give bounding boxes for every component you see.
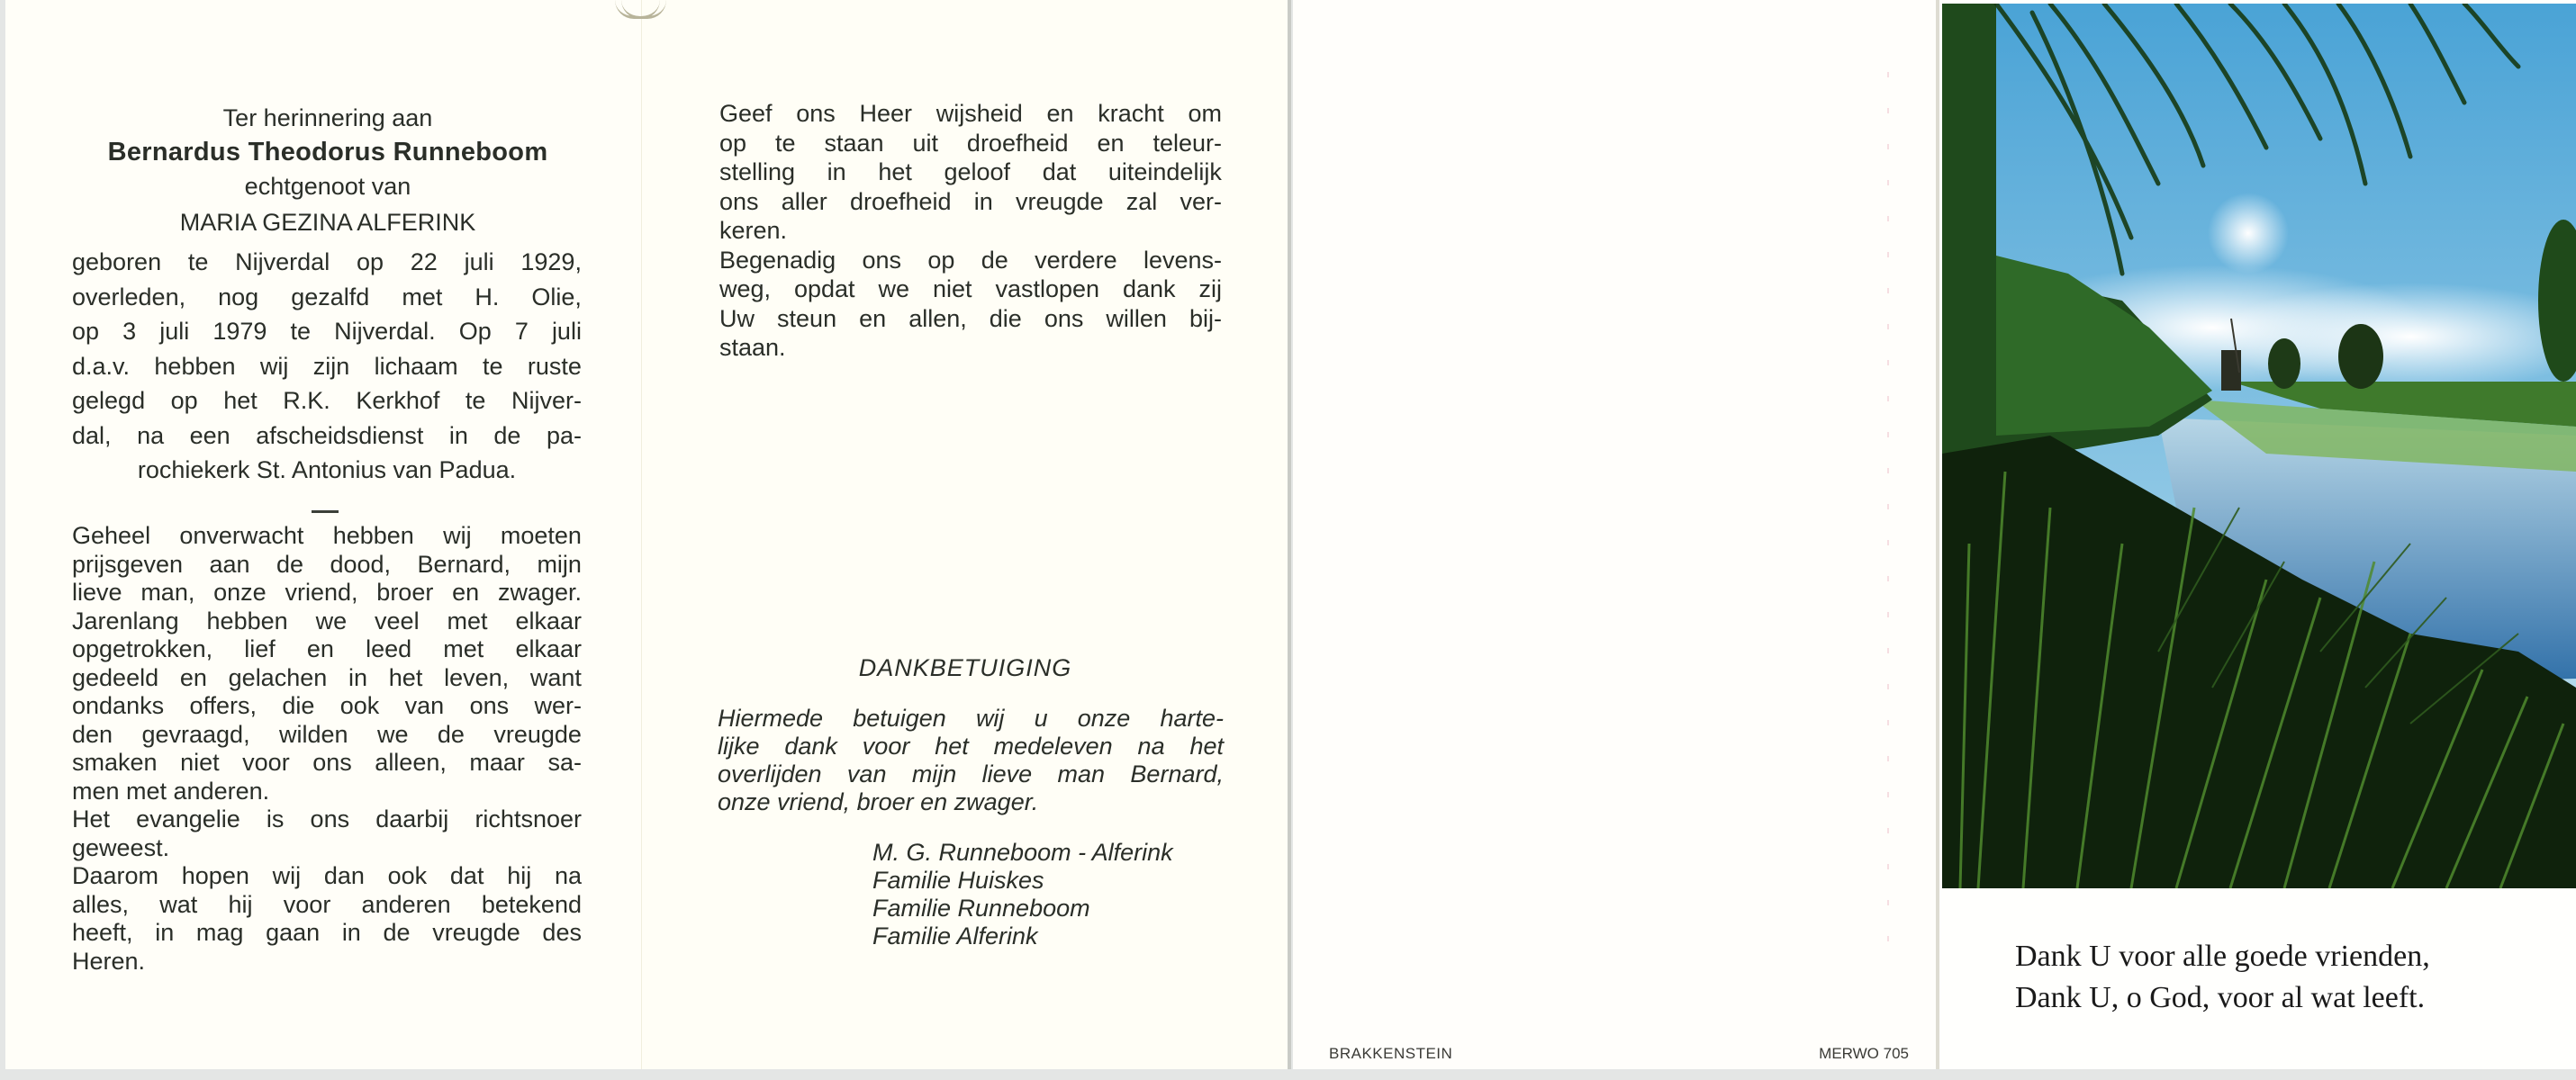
signatory: Familie Alferink: [872, 922, 1173, 950]
product-code: MERWO 705: [1819, 1045, 1909, 1063]
biography-line: d.a.v.hebbenwijzijnlichaamteruste: [72, 349, 582, 384]
biography-line: geborenteNijverdalop22juli1929,: [72, 245, 582, 280]
deceased-name: Bernardus Theodorus Runneboom: [67, 135, 589, 169]
signatory: M. G. Runneboom - Alferink: [872, 839, 1173, 867]
intro-text: Ter herinnering aan: [67, 101, 589, 135]
reflection-line: Hetevangelieisonsdaarbijrichtsnoer: [72, 805, 582, 834]
prayer-line: GeefonsHeerwijsheidenkrachtom: [719, 99, 1222, 129]
reflection-line: smakennietvooronsalleen,maarsa-: [72, 749, 582, 778]
prayer-line: keren.: [719, 216, 1222, 246]
fold-gap: [1288, 0, 1291, 1069]
reflection-line: Geheelonverwachthebbenwijmoeten: [72, 522, 582, 551]
separator-dash: [312, 510, 339, 513]
spouse-name: MARIA GEZINA ALFERINK: [67, 205, 589, 239]
card-panel-memorial: Ter herinnering aan Bernardus Theodorus …: [5, 0, 641, 1069]
prayer-line: Begenadigonsopdeverderelevens-: [719, 246, 1222, 275]
reflection-line: alles,wathijvooranderenbetekend: [72, 891, 582, 920]
card-panel-prayer: GeefonsHeerwijsheidenkrachtomoptestaanui…: [641, 0, 1288, 1069]
prayer-text: GeefonsHeerwijsheidenkrachtomoptestaanui…: [719, 99, 1222, 363]
prayer-line: staan.: [719, 333, 1222, 363]
prayer-line: weg,opdatwenietvastlopendankzij: [719, 274, 1222, 304]
biography-line: rochiekerk St. Antonius van Padua.: [72, 453, 582, 488]
card-panel-back: BRAKKENSTEIN MERWO 705: [1293, 0, 1936, 1069]
reflection-line: Jarenlanghebbenweveelmetelkaar: [72, 607, 582, 636]
prayer-line: onsallerdroefheidinvreugdezalver-: [719, 187, 1222, 217]
biography-text: geborenteNijverdalop22juli1929,overleden…: [72, 245, 582, 488]
thanks-line: overlijdenvanmijnlievemanBernard,: [718, 760, 1224, 788]
reflection-text: Geheelonverwachthebbenwijmoetenprijsgeve…: [72, 522, 582, 976]
thanks-line: onze vriend, broer en zwager.: [718, 788, 1224, 816]
reflection-line: gedeeldengelacheninhetleven,want: [72, 664, 582, 693]
caption-line: Dank U, o God, voor al wat leeft.: [2015, 977, 2430, 1019]
reflection-line: dengevraagd,wildenwedevreugde: [72, 721, 582, 750]
caption-line: Dank U voor alle goede vrienden,: [2015, 936, 2430, 977]
biography-line: overleden,noggezalfdmetH.Olie,: [72, 280, 582, 315]
thanks-line: lijkedankvoorhetmedelevennahet: [718, 733, 1224, 760]
reflection-line: prijsgevenaandedood,Bernard,mijn: [72, 551, 582, 580]
signatory: Familie Runneboom: [872, 895, 1173, 922]
prayer-line: stellinginhetgeloofdatuiteindelijk: [719, 157, 1222, 187]
reflection-line: Heren.: [72, 948, 582, 976]
thanks-line: Hiermedebetuigenwijuonzeharte-: [718, 705, 1224, 733]
publisher-label: BRAKKENSTEIN: [1329, 1045, 1452, 1063]
thanks-text: Hiermedebetuigenwijuonzeharte-lijkedankv…: [718, 705, 1224, 816]
biography-line: gelegdophetR.K.KerkhofteNijver-: [72, 383, 582, 418]
cover-caption: Dank U voor alle goede vrienden,Dank U, …: [2015, 936, 2430, 1019]
reflection-line: opgetrokken,liefenleedmetelkaar: [72, 635, 582, 664]
biography-line: op3juli1979teNijverdal.Op7juli: [72, 314, 582, 349]
biography-line: dal,naeenafscheidsdienstindepa-: [72, 418, 582, 454]
memorial-heading: Ter herinnering aan Bernardus Theodorus …: [67, 101, 589, 239]
prayer-line: Uwsteunenallen,dieonswillenbij-: [719, 304, 1222, 334]
reflection-line: ondanksoffers,dieookvanonswer-: [72, 692, 582, 721]
landscape-photo: [1942, 4, 2576, 888]
thanks-title: DANKBETUIGING: [642, 654, 1288, 682]
reflection-line: lieveman,onzevriend,broerenzwager.: [72, 579, 582, 607]
reflection-line: heeft,inmaggaanindevreugdedes: [72, 919, 582, 948]
prayer-line: optestaanuitdroefheidenteleur-: [719, 129, 1222, 158]
card-panel-cover: Dank U voor alle goede vrienden,Dank U, …: [1939, 0, 2576, 1069]
signatories-list: M. G. Runneboom - AlferinkFamilie Huiske…: [872, 839, 1173, 950]
reflection-line: Daaromhopenwijdanookdathijna: [72, 862, 582, 891]
print-marks: [1887, 72, 1889, 972]
reflection-line: men met anderen.: [72, 778, 582, 806]
relation-text: echtgenoot van: [67, 169, 589, 203]
reflection-line: geweest.: [72, 834, 582, 863]
signatory: Familie Huiskes: [872, 867, 1173, 895]
